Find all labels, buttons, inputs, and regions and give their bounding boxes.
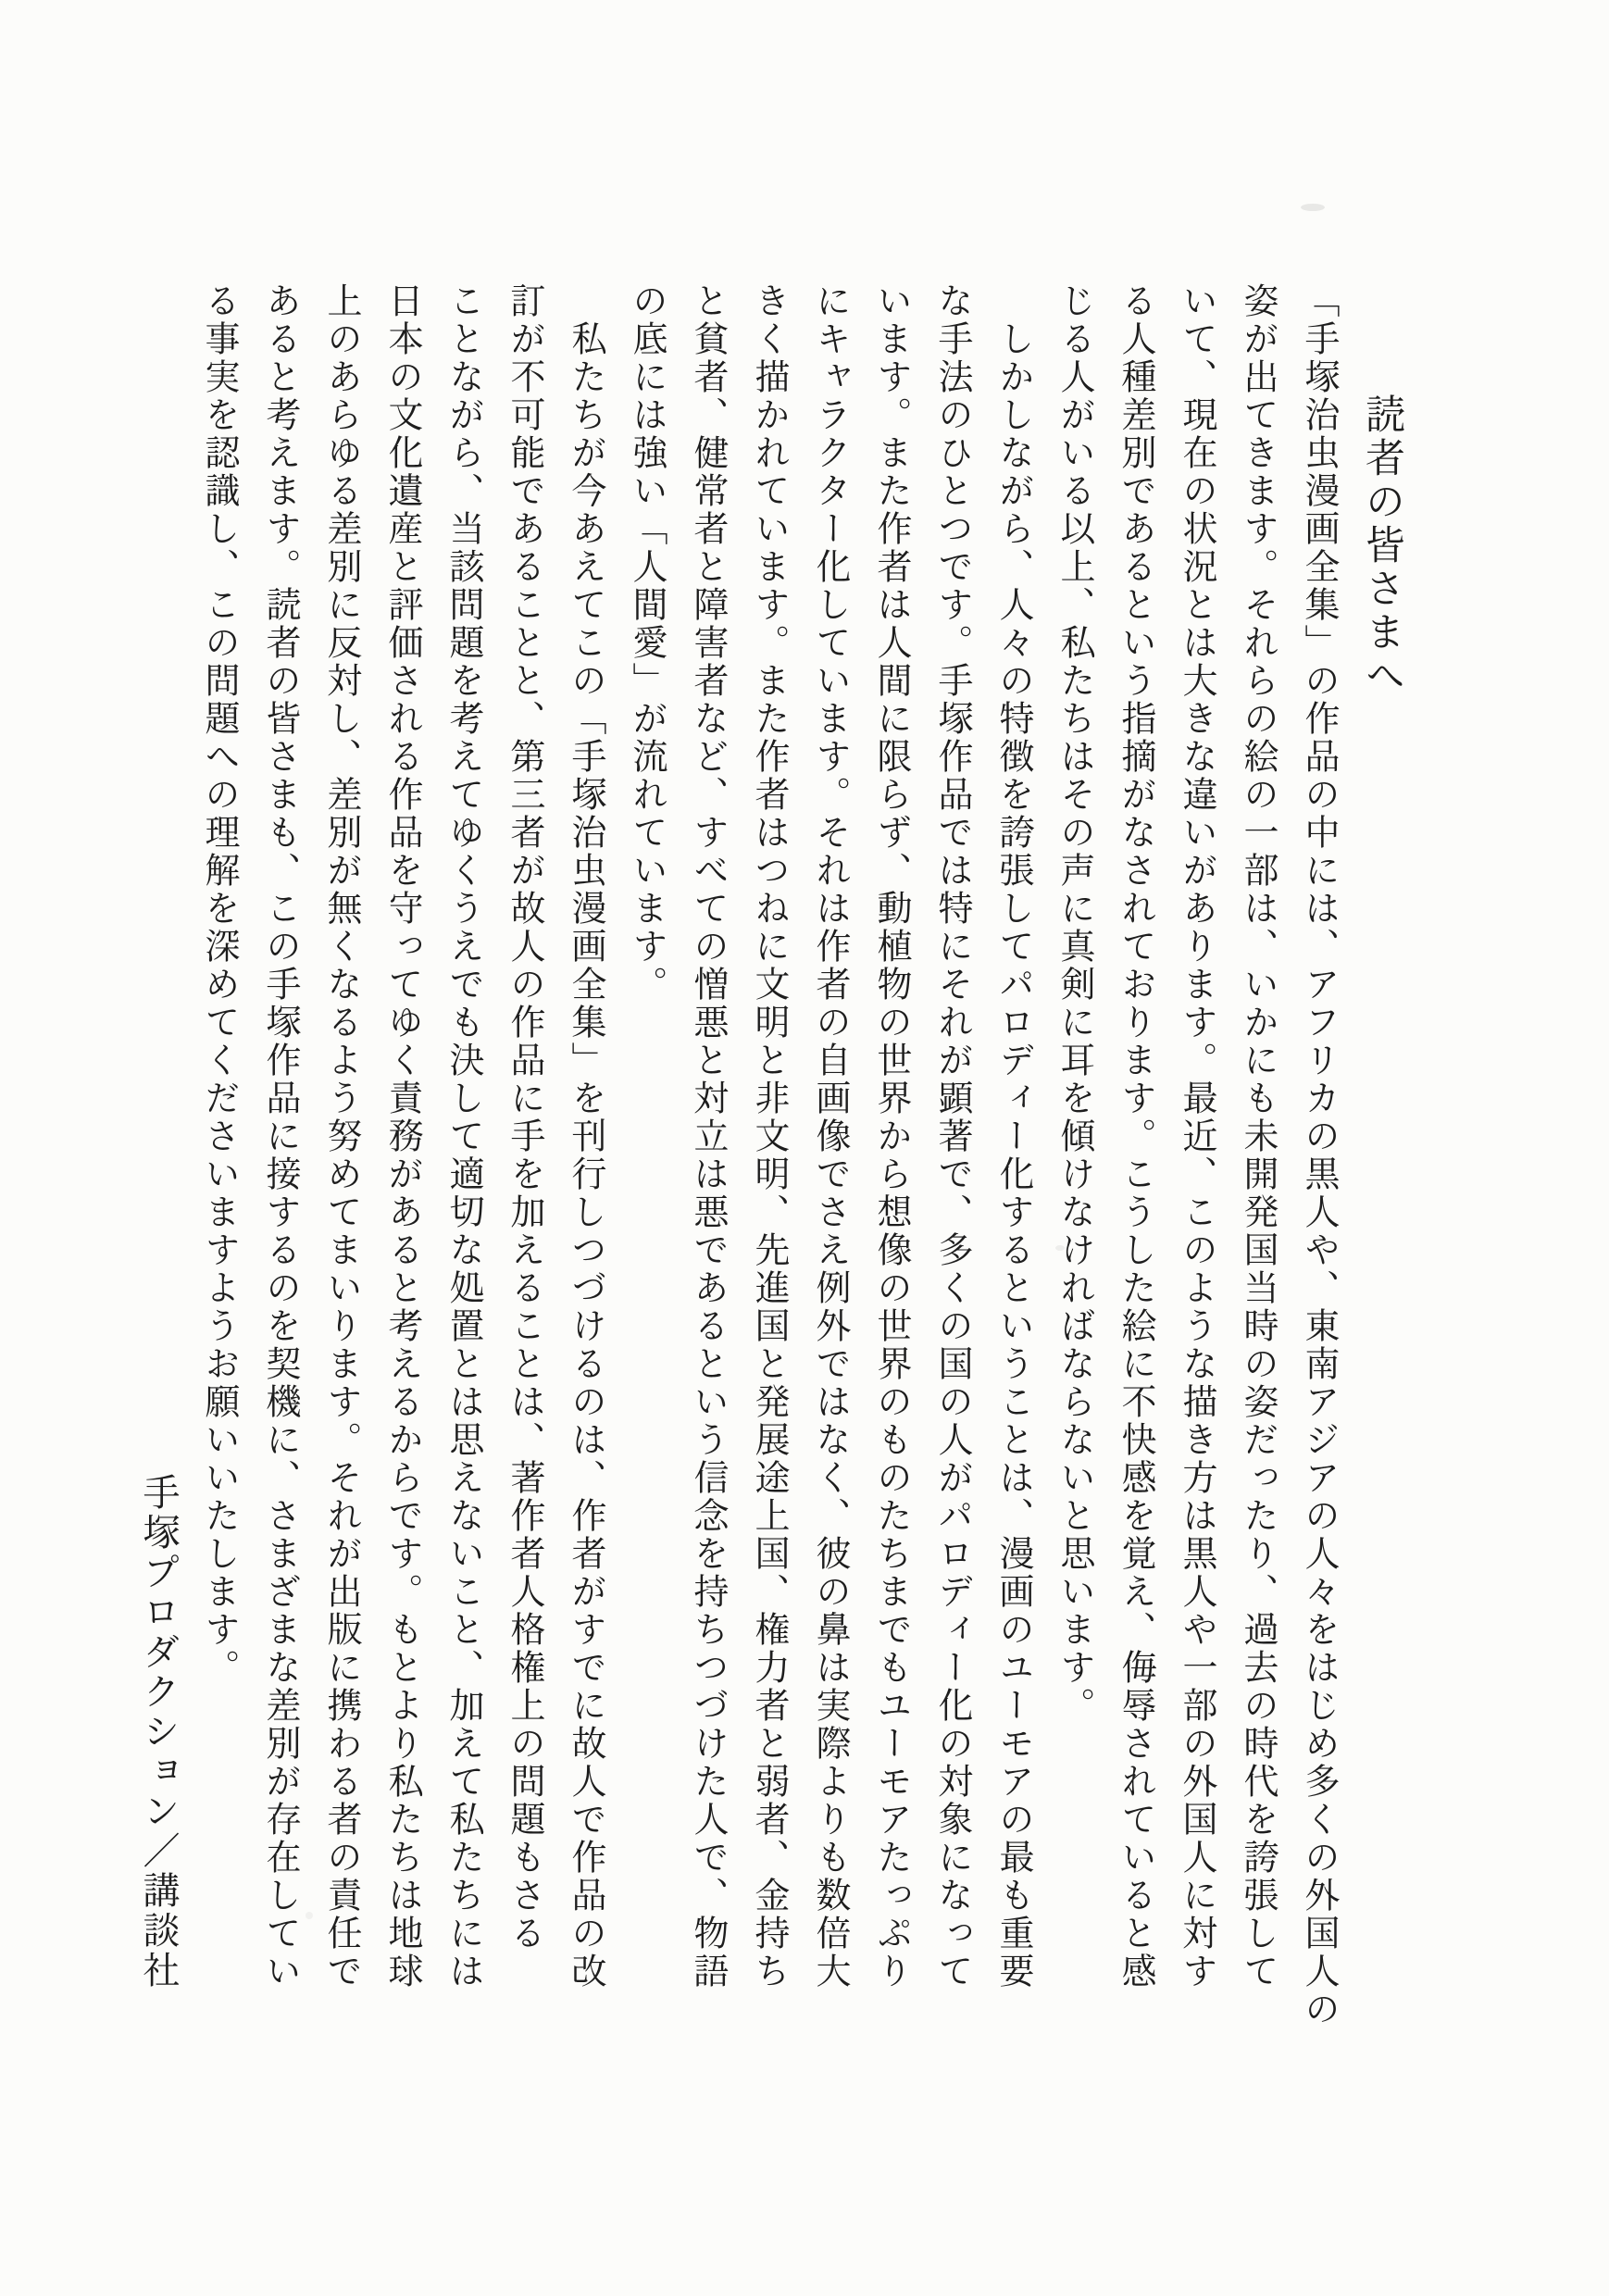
body-column: 私たちが今あえてこの「手塚治虫漫画全集」を刊行しつづけるのは、作者がすでに故人で… <box>555 282 617 1990</box>
body-column: ことながら、当該問題を考えてゆくうえでも決して適切な処置とは思えないこと、加えて… <box>433 282 494 1990</box>
body-column: いて、現在の状況とは大きな違いがあります。最近、このような描き方は黒人や一部の外… <box>1166 282 1228 1990</box>
scan-speck <box>306 1912 313 1919</box>
body-column: 訂が不可能であることと、第三者が故人の作品に手を加えることは、著作者人格権上の問… <box>494 282 555 1990</box>
body-column: る事実を認識し、この問題への理解を深めてくださいますようお願いいたします。 <box>189 282 250 1990</box>
body-column: じる人がいる以上、私たちはその声に真剣に耳を傾けなければならないと思います。 <box>1044 282 1105 1990</box>
page-title: 読者の皆さまへ <box>1350 282 1415 1990</box>
body-column: 姿が出てきます。それらの絵の一部は、いかにも未開発国当時の姿だったり、過去の時代… <box>1228 282 1289 1990</box>
body-column: きく描かれています。また作者はつねに文明と非文明、先進国と発展途上国、権力者と弱… <box>739 282 800 1990</box>
notice-text-block: 読者の皆さまへ 「手塚治虫漫画全集」の作品の中には、アフリカの黒人や、東南アジア… <box>128 282 1415 1990</box>
body-column: にキャラクター化しています。それは作者の自画像でさえ例外ではなく、彼の鼻は実際よ… <box>800 282 861 1990</box>
body-column: 「手塚治虫漫画全集」の作品の中には、アフリカの黒人や、東南アジアの人々をはじめ多… <box>1289 282 1350 1990</box>
body-column: あると考えます。読者の皆さまも、この手塚作品に接するのを契機に、さまざまな差別が… <box>250 282 311 1990</box>
body-column: います。また作者は人間に限らず、動植物の世界から想像の世界のものたちまでもユーモ… <box>861 282 922 1990</box>
body-column: 日本の文化遺産と評価される作品を守ってゆく責務があると考えるからです。もとより私… <box>372 282 433 1990</box>
scan-speck <box>1055 1245 1065 1251</box>
body-column: しかしながら、人々の特徴を誇張してパロディー化するということは、漫画のユーモアの… <box>983 282 1044 1990</box>
signature: 手塚プロダクション／講談社 <box>128 282 189 1990</box>
book-page: 読者の皆さまへ 「手塚治虫漫画全集」の作品の中には、アフリカの黒人や、東南アジア… <box>0 0 1609 2296</box>
body-column: な手法のひとつです。手塚作品では特にそれが顕著で、多くの国の人がパロディー化の対… <box>922 282 983 1990</box>
body-column: の底には強い「人間愛」が流れています。 <box>617 282 678 1990</box>
body-column: る人種差別であるという指摘がなされております。こうした絵に不快感を覚え、侮辱され… <box>1105 282 1166 1990</box>
body-column: 上のあらゆる差別に反対し、差別が無くなるよう努めてまいります。それが出版に携わる… <box>311 282 372 1990</box>
body-column: と貧者、健常者と障害者など、すべての憎悪と対立は悪であるという信念を持ちつづけた… <box>678 282 739 1990</box>
scan-speck <box>1301 204 1325 211</box>
